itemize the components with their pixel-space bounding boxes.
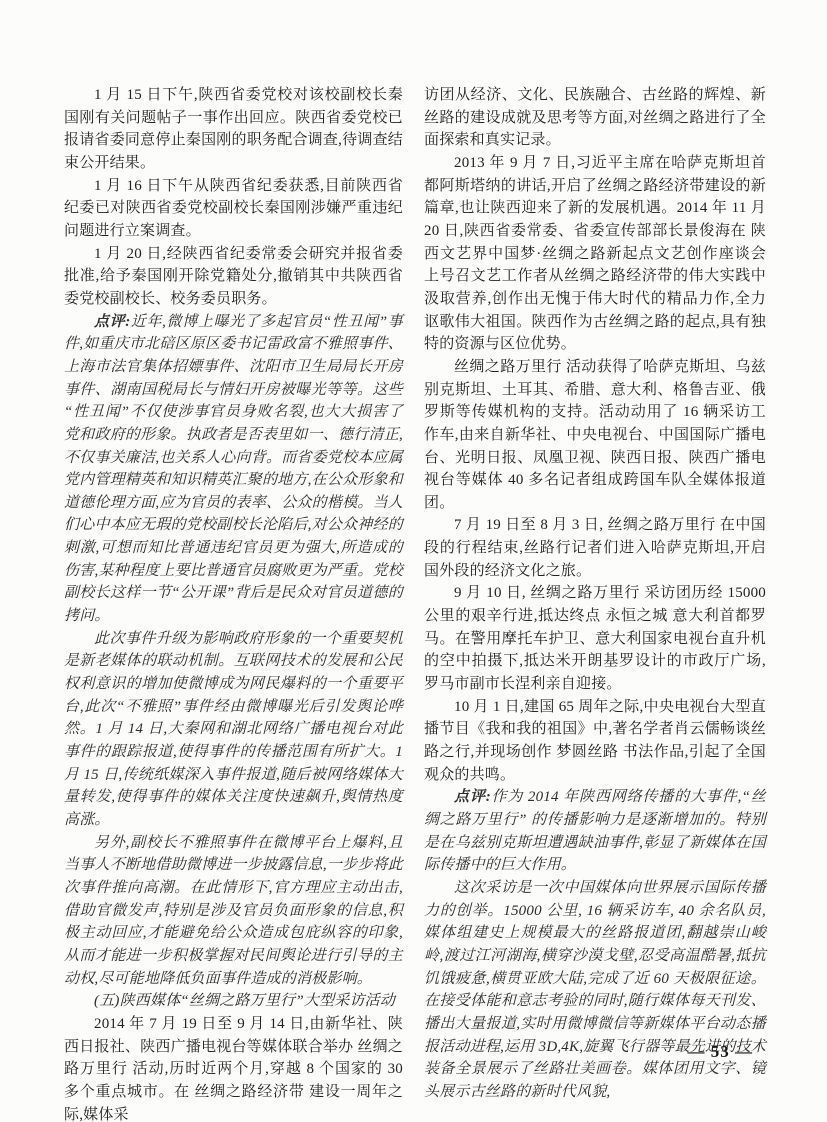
paragraph: 这次采访是一次中国媒体向世界展示国际传播力的创举。15000 公里, 16 辆采…	[424, 877, 766, 1104]
comment-label: 点评:	[94, 314, 130, 330]
paragraph: 访团从经济、文化、民族融合、古丝路的辉煌、新丝路的建设成就及思考等方面,对丝绸之…	[424, 84, 766, 152]
paragraph: 1 月 15 日下午,陕西省委党校对该校副校长秦国刚有关问题帖子一事作出回应。陕…	[64, 84, 403, 175]
paragraph: 7 月 19 日至 8 月 3 日, 丝绸之路万里行 在中国段的行程结束,丝路行…	[424, 514, 766, 582]
paragraph: 2013 年 9 月 7 日,习近平主席在哈萨克斯坦首都阿斯塔纳的讲话,开启了丝…	[424, 152, 766, 356]
right-column: 访团从经济、文化、民族融合、古丝路的辉煌、新丝路的建设成就及思考等方面,对丝绸之…	[424, 84, 766, 1104]
left-column: 1 月 15 日下午,陕西省委党校对该校副校长秦国刚有关问题帖子一事作出回应。陕…	[64, 84, 403, 1122]
document-page: 1 月 15 日下午,陕西省委党校对该校副校长秦国刚有关问题帖子一事作出回应。陕…	[0, 0, 827, 1122]
paragraph: 丝绸之路万里行 活动获得了哈萨克斯坦、乌兹别克斯坦、土耳其、希腊、意大利、格鲁吉…	[424, 356, 766, 515]
paragraph: 此次事件升级为影响政府形象的一个重要契机是新老媒体的联动机制。互联网技术的发展和…	[64, 628, 403, 832]
paragraph: 另外,副校长不雅照事件在微博平台上爆料,且当事人不断地借助微博进一步披露信息,一…	[64, 832, 403, 991]
page-number: — 53 —	[688, 1042, 754, 1062]
section-heading: (五)陕西媒体“丝绸之路万里行”大型采访活动	[64, 990, 403, 1013]
paragraph: 点评:作为 2014 年陕西网络传播的大事件,“丝绸之路万里行” 的传播影响力是…	[424, 786, 766, 877]
paragraph: 10 月 1 日,建国 65 周年之际,中央电视台大型直播节目《我和我的祖国》中…	[424, 696, 766, 787]
paragraph: 2014 年 7 月 19 日至 9 月 14 日,由新华社、陕西日报社、陕西广…	[64, 1013, 403, 1122]
paragraph: 1 月 16 日下午从陕西省纪委获悉,目前陕西省纪委已对陕西省委党校副校长秦国刚…	[64, 175, 403, 243]
paragraph: 9 月 10 日, 丝绸之路万里行 采访团历经 15000 公里的艰辛行进,抵达…	[424, 582, 766, 695]
paragraph: 1 月 20 日,经陕西省纪委常委会研究并报省委批准,给予秦国刚开除党籍处分,撤…	[64, 243, 403, 311]
paragraph: 点评:近年,微博上曝光了多起官员“性丑闻”事件,如重庆市北碚区原区委书记雷政富不…	[64, 311, 403, 628]
comment-label: 点评:	[454, 789, 491, 805]
